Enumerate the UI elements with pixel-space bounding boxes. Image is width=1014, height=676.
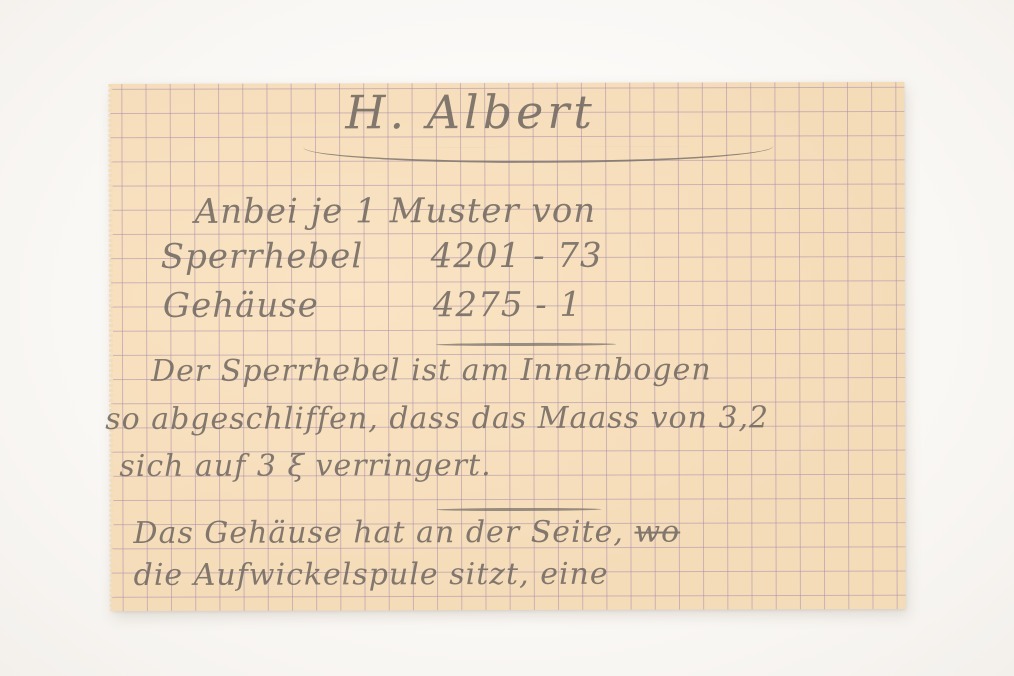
part-row-sperrhebel: Sperrhebel 4201 - 73 <box>161 236 364 277</box>
section-divider-2 <box>436 508 601 511</box>
note-card: H. Albert Anbei je 1 Muster von Sperrheb… <box>110 82 905 611</box>
part-name: Sperrhebel <box>161 236 364 277</box>
note-line-4: Der Sperrhebel ist am Innenbogen <box>151 352 712 388</box>
title-underline <box>303 146 773 163</box>
part-number: 4201 - 73 <box>431 236 603 276</box>
note-line-6: sich auf 3 ξ verringert. <box>119 448 491 484</box>
note-line-5: so abgeschliffen, dass das Maass von 3,2 <box>105 400 769 437</box>
part-name: Gehäuse <box>163 285 319 325</box>
line-text: Das Gehäuse hat an der Seite, <box>133 515 624 551</box>
note-line-1: Anbei je 1 Muster von <box>195 191 597 232</box>
part-number: 4275 - 1 <box>433 285 582 325</box>
note-title: H. Albert <box>345 85 596 140</box>
section-divider <box>436 343 616 346</box>
note-line-7: Das Gehäuse hat an der Seite, wo <box>133 515 680 551</box>
struck-word: wo <box>634 515 680 550</box>
part-row-gehaeuse: Gehäuse 4275 - 1 <box>163 285 319 325</box>
note-line-8: die Aufwickelspule sitzt, eine <box>134 557 609 593</box>
